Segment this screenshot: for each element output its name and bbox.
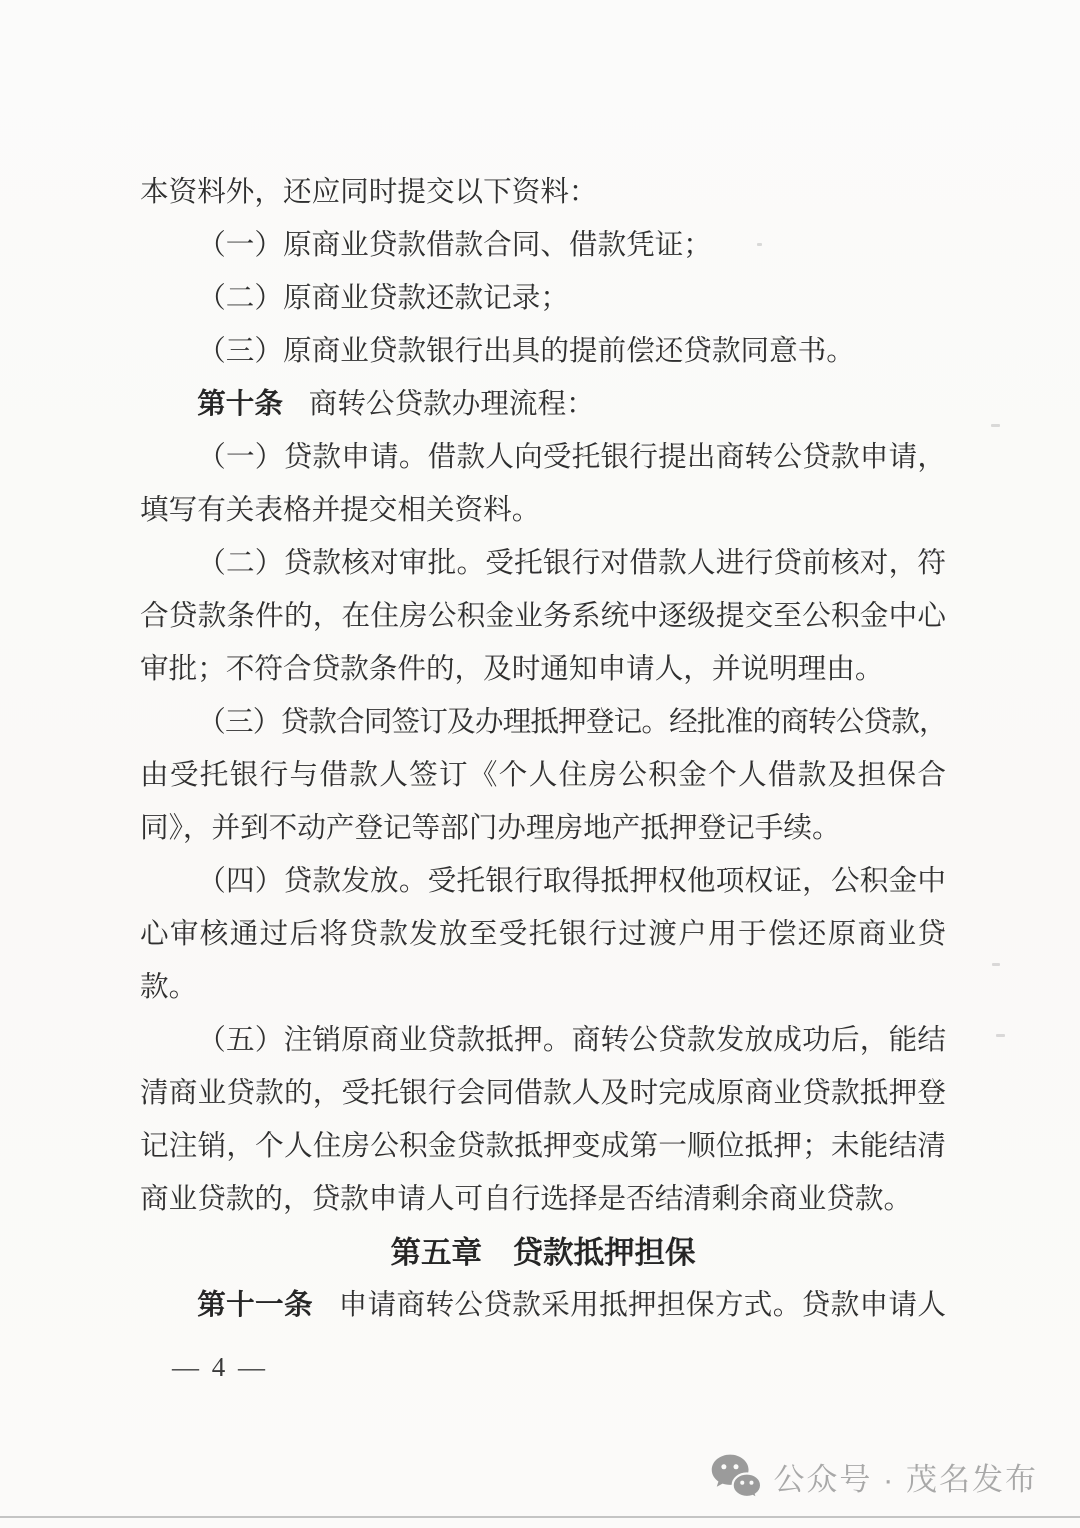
- doc-line: 审批；不符合贷款条件的，及时通知申请人，并说明理由。: [140, 643, 946, 696]
- doc-line: 填写有关表格并提交相关资料。: [140, 484, 946, 537]
- scanned-document-page: { "document": { "lines": [ {"text": "本资料…: [0, 0, 1080, 1528]
- doc-line: 由受托银行与借款人签订《个人住房公积金个人借款及担保合: [140, 749, 946, 802]
- article-number: 第十条: [197, 389, 283, 420]
- doc-line: （三）原商业贷款银行出具的提前偿还贷款同意书。: [140, 325, 946, 378]
- article-text: 申请商转公贷款采用抵押担保方式。贷款申请人: [339, 1290, 946, 1321]
- article-number: 第十一条: [197, 1290, 313, 1321]
- doc-line: （二）贷款核对审批。受托银行对借款人进行贷前核对，符: [140, 537, 946, 590]
- doc-line: 心审核通过后将贷款发放至受托银行过渡户用于偿还原商业贷: [140, 908, 946, 961]
- doc-line: （一）原商业贷款借款合同、借款凭证；: [140, 219, 946, 272]
- scan-artifact: [991, 424, 1000, 427]
- doc-line: 清商业贷款的，受托银行会同借款人及时完成原商业贷款抵押登: [140, 1067, 946, 1120]
- doc-line: （二）原商业贷款还款记录；: [140, 272, 946, 325]
- watermark: 公众号 · 茂名发布: [710, 1453, 1038, 1499]
- article-title: 商转公贷款办理流程：: [309, 389, 595, 420]
- scan-artifact: [992, 963, 1000, 966]
- scan-artifact: [996, 1034, 1005, 1037]
- footer-divider: [0, 1516, 1080, 1518]
- wechat-icon: [710, 1453, 762, 1499]
- doc-line: （三）贷款合同签订及办理抵押登记。经批准的商转公贷款，: [140, 696, 946, 749]
- doc-line: （一）贷款申请。借款人向受托银行提出商转公贷款申请，: [140, 431, 946, 484]
- article-11-line: 第十一条申请商转公贷款采用抵押担保方式。贷款申请人: [140, 1279, 946, 1332]
- doc-line: （五）注销原商业贷款抵押。商转公贷款发放成功后，能结: [140, 1014, 946, 1067]
- doc-line: 合贷款条件的，在住房公积金业务系统中逐级提交至公积金中心: [140, 590, 946, 643]
- doc-line: 商业贷款的，贷款申请人可自行选择是否结清剩余商业贷款。: [140, 1173, 946, 1226]
- chapter-5-heading: 第五章 贷款抵押担保: [140, 1228, 946, 1278]
- doc-line: 款。: [140, 961, 946, 1014]
- page-number: — 4 —: [172, 1352, 268, 1383]
- scan-artifact: [757, 243, 762, 246]
- doc-line: 记注销，个人住房公积金贷款抵押变成第一顺位抵押；未能结清: [140, 1120, 946, 1173]
- doc-line: 同》，并到不动产登记等部门办理房地产抵押登记手续。: [140, 802, 946, 855]
- article-10-heading: 第十条商转公贷款办理流程：: [140, 378, 946, 431]
- doc-line: （四）贷款发放。受托银行取得抵押权他项权证，公积金中: [140, 855, 946, 908]
- document-body: 本资料外，还应同时提交以下资料： （一）原商业贷款借款合同、借款凭证； （二）原…: [140, 166, 946, 1332]
- doc-line: 本资料外，还应同时提交以下资料：: [140, 166, 946, 219]
- watermark-text: 公众号 · 茂名发布: [773, 1454, 1038, 1499]
